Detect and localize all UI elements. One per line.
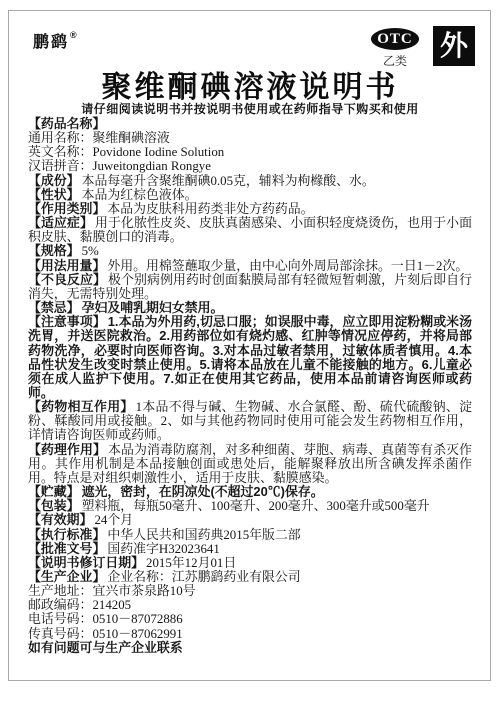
section-label: 【不良反应】 [28, 273, 106, 287]
section-paragraph: 【成份】本品每毫升含聚维酮碘0.05克，辅料为枸橼酸、水。 [28, 174, 472, 188]
external-use-badge: 外 [433, 26, 475, 66]
section-label: 【包装】 [28, 499, 80, 513]
section-label: 【注意事项】 [28, 314, 106, 329]
section-paragraph: 【生产企业】企业名称：江苏鹏鹞药业有限公司 [28, 570, 472, 584]
section-paragraph: 通用名称：聚维酮碘溶液 [28, 131, 472, 145]
section-label: 【成份】 [28, 174, 80, 188]
section-paragraph: 【包装】塑料瓶，每瓶50毫升、100毫升、200毫升、300毫升或500毫升 [28, 499, 472, 513]
section-text: 2015年12月01日 [146, 556, 236, 570]
section-paragraph: 【规格】5% [28, 244, 472, 258]
section-text: 5% [82, 244, 99, 258]
section-label: 【适应症】 [28, 216, 93, 230]
section-text: 中华人民共和国药典2015年版二部 [107, 528, 300, 542]
section-paragraph: 【禁忌】孕妇及哺乳期妇女禁用。 [28, 301, 472, 315]
section-paragraph: 汉语拼音：Juweitongdian Rongye [28, 159, 472, 173]
section-paragraph: 【适应症】用于化脓性皮炎、皮肤真菌感染、小面积轻度烧烫伤，也用于小面积皮肤、黏膜… [28, 216, 472, 244]
section-paragraph: 【有效期】24个月 [28, 513, 472, 527]
section-paragraph: 如有问题可与生产企业联系 [28, 641, 472, 655]
section-text: 传真号码：0510－87062991 [28, 627, 183, 641]
section-label: 【药品名称】 [28, 117, 105, 131]
section-label: 【有效期】 [28, 513, 92, 527]
section-text: 塑料瓶，每瓶50毫升、100毫升、200毫升、300毫升或500毫升 [82, 499, 430, 513]
section-paragraph: 邮政编码：214205 [28, 598, 472, 612]
section-label: 【贮藏】 [28, 484, 80, 499]
section-paragraph: 英文名称：Povidone Iodine Solution [28, 145, 472, 159]
section-paragraph: 【性状】本品为红棕色液体。 [28, 188, 472, 202]
registered-trademark-icon: ® [70, 30, 77, 40]
section-label: 【作用类别】 [28, 202, 105, 216]
section-paragraph: 传真号码：0510－87062991 [28, 627, 472, 641]
section-paragraph: 【药品名称】 [28, 117, 472, 131]
section-text: 汉语拼音：Juweitongdian Rongye [28, 159, 211, 173]
section-text: 邮政编码：214205 [28, 598, 131, 612]
section-paragraph: 【药理作用】本品为消毒防腐剂，对多种细菌、芽胞、病毒、真菌等有杀灭作用。其作用机… [28, 443, 472, 485]
otc-badge: OTC [371, 28, 419, 50]
section-paragraph: 【不良反应】极个别病例用药时创面黏膜局部有轻微短暂刺激，片刻后即自行消失，无需特… [28, 273, 472, 301]
section-text: 企业名称：江苏鹏鹞药业有限公司 [107, 570, 300, 584]
section-label: 【药理作用】 [28, 443, 106, 457]
section-label: 【用法用量】 [28, 259, 105, 273]
section-text: 通用名称：聚维酮碘溶液 [28, 131, 170, 145]
section-text: 如有问题可与生产企业联系 [28, 640, 183, 655]
section-text: 本品为皮肤科用药类非处方药药品。 [107, 202, 313, 216]
section-text: 本品每毫升含聚维酮碘0.05克，辅料为枸橼酸、水。 [82, 174, 375, 188]
section-text: 电话号码：0510－87072886 [28, 612, 183, 626]
section-paragraph: 【说明书修订日期】2015年12月01日 [28, 556, 472, 570]
section-label: 【药物相互作用】 [28, 400, 134, 414]
section-text: 生产地址：宜兴市茶泉路10号 [28, 584, 196, 598]
leaflet-body: 【药品名称】 通用名称：聚维酮碘溶液 英文名称：Povidone Iodine … [28, 117, 472, 655]
section-text: 孕妇及哺乳期妇女禁用。 [82, 300, 224, 315]
section-label: 【性状】 [28, 188, 80, 202]
section-paragraph: 【注意事项】1.本品为外用药,切忌口服；如误服中毒，应立即用淀粉糊或米汤洗胃，并… [28, 315, 472, 400]
section-text: 英文名称：Povidone Iodine Solution [28, 145, 224, 159]
section-label: 【生产企业】 [28, 570, 105, 584]
section-paragraph: 【药物相互作用】1本品不得与碱、生物碱、水合氯醛、酚、硫代硫酸钠、淀粉、鞣酸同用… [28, 400, 472, 442]
section-paragraph: 【贮藏】遮光，密封，在阴凉处(不超过20℃)保存。 [28, 485, 472, 499]
section-text: 24个月 [94, 513, 133, 527]
section-text: 国药准字H32023641 [107, 542, 219, 556]
page-subtitle: 请仔细阅读说明书并按说明书使用或在药师指导下购买和使用 [0, 100, 500, 117]
section-paragraph: 电话号码：0510－87072886 [28, 612, 472, 626]
brand-logo: 鹏鹞® [33, 29, 76, 52]
section-paragraph: 生产地址：宜兴市茶泉路10号 [28, 584, 472, 598]
section-text: 本品为红棕色液体。 [82, 188, 198, 202]
section-paragraph: 【批准文号】国药准字H32023641 [28, 542, 472, 556]
section-label: 【说明书修订日期】 [28, 556, 144, 570]
section-text: 外用。用棉签蘸取少量，由中心向外周局部涂抹。一日1－2次。 [107, 259, 468, 273]
section-paragraph: 【执行标准】中华人民共和国药典2015年版二部 [28, 528, 472, 542]
section-label: 【规格】 [28, 244, 80, 258]
section-label: 【批准文号】 [28, 542, 105, 556]
section-label: 【禁忌】 [28, 300, 80, 315]
brand-name: 鹏鹞 [33, 34, 69, 51]
section-label: 【执行标准】 [28, 528, 105, 542]
section-text: 遮光，密封，在阴凉处(不超过20℃)保存。 [82, 484, 324, 499]
section-paragraph: 【用法用量】外用。用棉签蘸取少量，由中心向外周局部涂抹。一日1－2次。 [28, 259, 472, 273]
section-text: 用于化脓性皮炎、皮肤真菌感染、小面积轻度烧烫伤，也用于小面积皮肤、黏膜创口的消毒… [28, 216, 472, 244]
section-paragraph: 【作用类别】本品为皮肤科用药类非处方药药品。 [28, 202, 472, 216]
